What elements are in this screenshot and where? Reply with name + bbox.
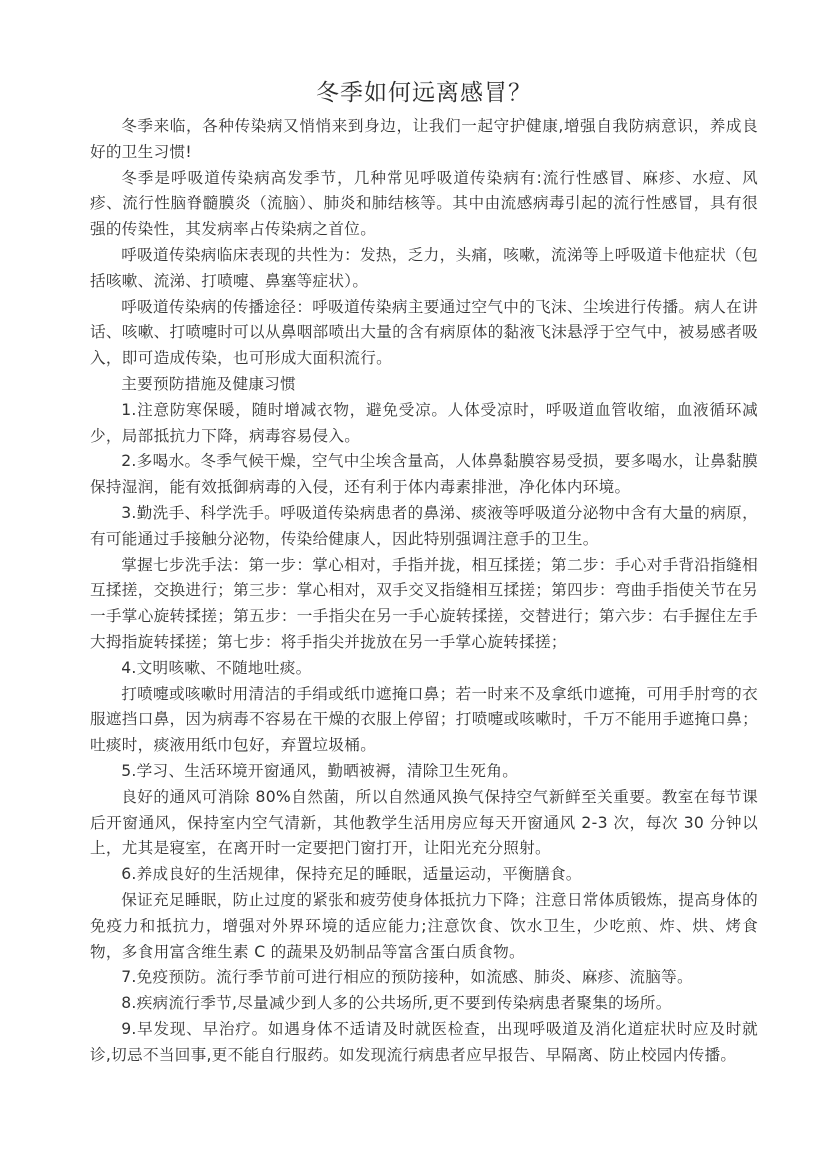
tip-8-paragraph: 8.疾病流行季节,尽量减少到人多的公共场所,更不要到传染病患者聚集的场所。 — [90, 991, 758, 1017]
prevention-heading: 主要预防措施及健康习惯 — [90, 372, 758, 398]
tip-2-paragraph: 2.多喝水。冬季气候干燥，空气中尘埃含量高，人体鼻黏膜容易受损，要多喝水，让鼻黏… — [90, 449, 758, 501]
document-title: 冬季如何远离感冒？ — [90, 76, 758, 110]
tip-1-paragraph: 1.注意防寒保暖，随时增减衣物，避免受凉。人体受凉时，呼吸道血管收缩，血液循环减… — [90, 398, 758, 450]
intro-paragraph: 冬季来临，各种传染病又悄悄来到身边，让我们一起守护健康,增强自我防病意识，养成良… — [90, 114, 758, 166]
transmission-paragraph: 呼吸道传染病的传播途径：呼吸道传染病主要通过空气中的飞沫、尘埃进行传播。病人在讲… — [90, 295, 758, 372]
tip-3-paragraph: 3.勤洗手、科学洗手。呼吸道传染病患者的鼻涕、痰液等呼吸道分泌物中含有大量的病原… — [90, 501, 758, 553]
tip-4-paragraph: 4.文明咳嗽、不随地吐痰。 — [90, 656, 758, 682]
tip-9-paragraph: 9.早发现、早治疗。如遇身体不适请及时就医检查，出现呼吸道及消化道症状时应及时就… — [90, 1017, 758, 1069]
tip-5-detail-paragraph: 良好的通风可消除 80%自然菌，所以自然通风换气保持空气新鲜至关重要。教室在每节… — [90, 785, 758, 862]
handwashing-steps-paragraph: 掌握七步洗手法：第一步：掌心相对，手指并拢，相互揉搓；第二步：手心对手背沿指缝相… — [90, 553, 758, 656]
symptoms-paragraph: 呼吸道传染病临床表现的共性为：发热，乏力，头痛，咳嗽，流涕等上呼吸道卡他症状（包… — [90, 243, 758, 295]
tip-6-paragraph: 6.养成良好的生活规律，保持充足的睡眠，适量运动，平衡膳食。 — [90, 862, 758, 888]
document-page: 冬季如何远离感冒？ 冬季来临，各种传染病又悄悄来到身边，让我们一起守护健康,增强… — [90, 76, 758, 1068]
tip-7-paragraph: 7.免疫预防。流行季节前可进行相应的预防接种，如流感、肺炎、麻疹、流脑等。 — [90, 965, 758, 991]
tip-5-paragraph: 5.学习、生活环境开窗通风，勤晒被褥，清除卫生死角。 — [90, 759, 758, 785]
common-diseases-paragraph: 冬季是呼吸道传染病高发季节，几种常见呼吸道传染病有:流行性感冒、麻疹、水痘、风疹… — [90, 166, 758, 243]
tip-4-detail-paragraph: 打喷嚏或咳嗽时用清洁的手绢或纸巾遮掩口鼻；若一时来不及拿纸巾遮掩，可用手肘弯的衣… — [90, 682, 758, 759]
tip-6-detail-paragraph: 保证充足睡眠，防止过度的紧张和疲劳使身体抵抗力下降；注意日常体质锻炼，提高身体的… — [90, 888, 758, 965]
